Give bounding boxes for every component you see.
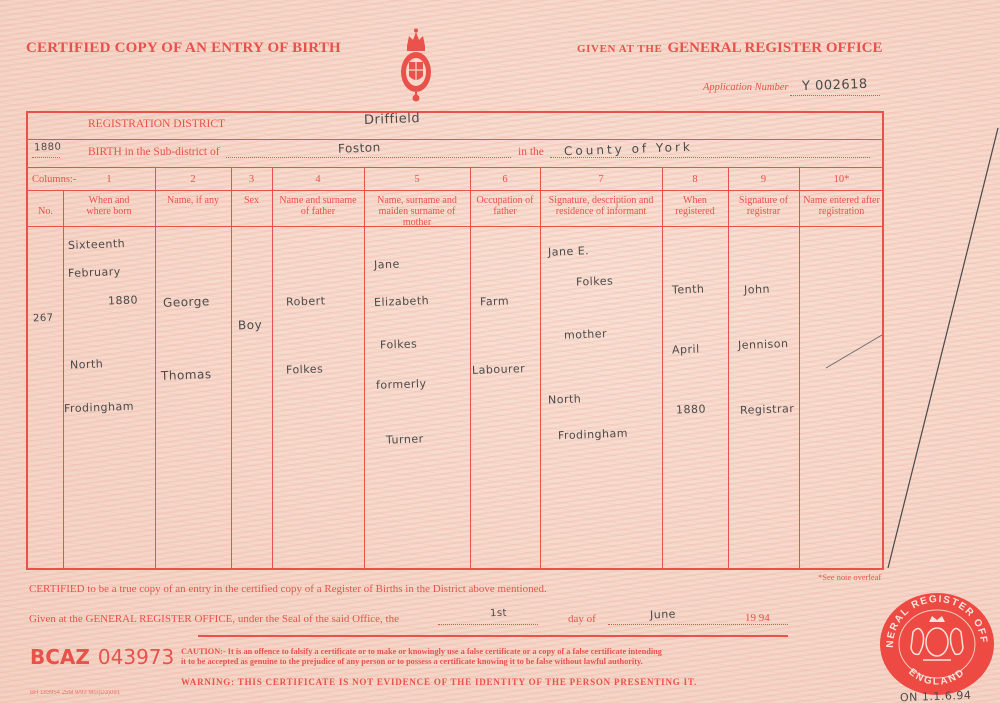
county-value: County of York [564,140,693,158]
certified-statement: CERTIFIED to be a true copy of an entry … [29,583,547,595]
entry-mother-3: Folkes [380,337,418,351]
column-header-when-where-born: When and where born [63,195,155,217]
entry-occupation-2: Labourer [472,362,526,377]
entry-number: 267 [33,313,54,325]
registration-district-value: Driffield [364,111,421,128]
certificate-serial: BCAZ043973 [30,645,174,669]
column-number-6: 6 [470,174,540,185]
column-header-informant: Signature, description and residence of … [540,195,662,217]
divider [155,167,156,568]
given-statement: Given at the GENERAL REGISTER OFFICE, un… [29,613,399,625]
registration-district-label: REGISTRATION DISTRICT [88,118,225,130]
county-dotline [550,157,870,158]
entry-mother-4: formerly [376,377,427,392]
column-header-registrar: Signature of registrar [728,195,799,217]
column-number-3: 3 [231,174,272,185]
entry-birth-month: February [68,265,121,280]
entry-birth-year: 1880 [108,293,138,307]
see-note-overleaf: *See note overleaf [818,572,881,582]
certificate-title: CERTIFIED COPY OF AN ENTRY OF BIRTH [26,40,341,57]
birth-entry-table: REGISTRATION DISTRICT Driffield 1880 BIR… [26,111,884,570]
column-header-name-after: Name entered after registration [799,195,884,217]
entry-registered-year: 1880 [676,402,706,416]
column-header-when-registered: When registered [662,195,728,217]
application-number-dotline [790,95,880,96]
column-number-9: 9 [728,174,799,185]
entry-birth-place-2: Frodingham [64,400,134,415]
serial-number: 043973 [98,645,174,669]
caution-line-1: CAUTION:- It is an offence to falsify a … [181,647,662,657]
issue-year: 19 94 [745,612,770,624]
year-dotline [32,157,60,158]
divider [540,167,541,568]
entry-birth-day: Sixteenth [68,237,126,252]
entry-father-surname: Folkes [286,362,324,376]
column-header-occupation: Occupation of father [470,195,540,217]
application-number-value: Y 002618 [802,77,868,94]
entry-name-after-registration [799,226,884,568]
entry-informant-2: Folkes [576,274,614,288]
month-dotline [608,624,788,625]
divider [662,167,663,568]
divider [28,167,882,168]
caution-line-2: it to be accepted as genuine to the prej… [181,657,662,667]
divider [470,167,471,568]
subdistrict-value: Foston [338,140,381,155]
entry-occupation-1: Farm [480,294,510,308]
warning-text: WARNING: THIS CERTIFICATE IS NOT EVIDENC… [181,677,697,687]
entry-mother-5: Turner [386,432,424,446]
caution-text: CAUTION:- It is an offence to falsify a … [181,647,662,667]
entry-registered-day: Tenth [672,282,705,296]
entry-mother-1: Jane [374,258,400,272]
issue-month: June [650,608,676,622]
column-header-no: No. [28,206,63,217]
column-header-name: Name, if any [155,195,231,206]
column-header-mother: Name, surname and maiden surname of moth… [364,195,470,228]
entry-birth-place-1: North [70,357,104,371]
print-code: BH 183954 25M 9/93 Mcr(D3)091 [30,690,120,696]
column-number-5: 5 [364,174,470,185]
handwritten-reference: ON 1.1.6.94 [900,689,972,703]
general-register-office-seal-icon: GENERAL REGISTER OFFICE ENGLAND [879,592,995,696]
column-number-1: 1 [63,174,155,185]
serial-prefix: BCAZ [30,645,90,669]
entry-informant-1: Jane E. [548,244,590,258]
issue-day: 1st [490,608,507,620]
entry-registrar-surname: Jennison [738,337,789,352]
column-number-7: 7 [540,174,662,185]
column-number-10: 10* [799,174,884,185]
in-the-label: in the [518,146,544,158]
divider [28,190,882,191]
entry-registered-month: April [672,343,700,357]
divider [272,167,273,568]
signature-rule [198,635,788,637]
office-name: GENERAL REGISTER OFFICE [667,40,882,56]
entry-father-first: Robert [286,294,326,308]
subdistrict-dotline [226,157,511,158]
divider [231,167,232,568]
entry-sex: Boy [238,318,263,333]
subdistrict-label: BIRTH in the Sub-district of [88,146,220,158]
application-number-label: Application Number [703,82,788,93]
divider [728,167,729,568]
entry-informant-4: North [548,392,582,406]
entry-mother-2: Elizabeth [374,294,430,309]
given-at-heading: GIVEN AT THEGENERAL REGISTER OFFICE [577,40,883,57]
column-header-father: Name and surname of father [272,195,364,217]
entry-registrar-title: Registrar [740,402,795,417]
divider [63,190,64,568]
royal-crest-icon [399,28,433,104]
entry-informant-3: mother [564,327,607,341]
column-number-8: 8 [662,174,728,185]
birth-year-value: 1880 [34,142,62,154]
entry-middle-name: Thomas [161,367,212,383]
column-number-2: 2 [155,174,231,185]
entry-first-name: George [163,294,210,310]
column-number-4: 4 [272,174,364,185]
entry-registrar-first: John [744,283,770,297]
day-of-label: day of [568,613,596,625]
entry-informant-5: Frodingham [558,427,628,442]
divider [28,139,882,140]
day-dotline [438,624,538,625]
column-header-sex: Sex [231,195,272,206]
